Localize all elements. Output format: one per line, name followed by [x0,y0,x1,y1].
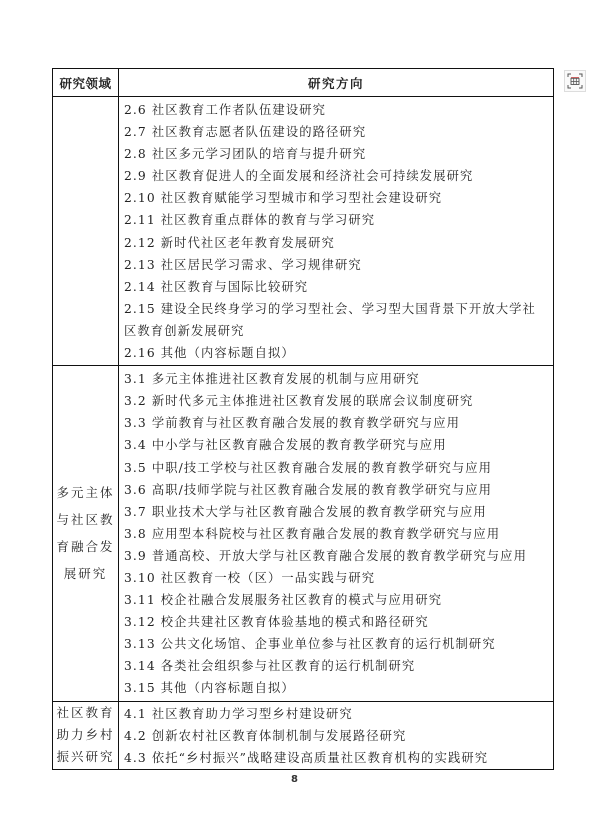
field-label-line: 与社区教 [56,506,114,533]
table-header-row: 研究领域 研究方向 [53,69,553,96]
table-tool-button[interactable] [564,70,586,92]
topic-item: 2.8 社区多元学习团队的培育与提升研究 [124,143,553,165]
topic-item: 2.15 建设全民终身学习的学习型社会、学习型大国背景下开放大学社区教育创新发展… [124,298,549,342]
topic-item: 3.13 公共文化场馆、企事业单位参与社区教育的运行机制研究 [124,633,553,655]
topic-item: 3.8 应用型本科院校与社区教育融合发展的教育教学研究与应用 [124,523,553,545]
field-cell-section-3: 多元主体 与社区教 育融合发 展研究 [53,366,119,700]
topic-item: 2.10 社区教育赋能学习型城市和学习型社会建设研究 [124,187,553,209]
topic-item: 3.7 职业技术大学与社区教育融合发展的教育教学研究与应用 [124,501,553,523]
table-row-section-4: 社区教育 助力乡村 振兴研究 4.1 社区教育助力学习型乡村建设研究 4.2 创… [53,701,553,769]
research-topics-table: 研究领域 研究方向 2.6 社区教育工作者队伍建设研究 2.7 社区教育志愿者队… [52,68,554,770]
field-label-line: 多元主体 [56,479,114,506]
topic-item: 2.16 其他（内容标题自拟） [124,342,553,364]
topic-item: 2.9 社区教育促进人的全面发展和经济社会可持续发展研究 [124,165,553,187]
topic-item: 4.2 创新农村社区教育体制机制与发展路径研究 [124,725,553,747]
field-label-line: 助力乡村 [56,724,114,746]
field-label-line: 社区教育 [56,702,114,724]
topic-item: 3.6 高职/技师学院与社区教育融合发展的教育教学研究与应用 [124,479,553,501]
field-cell-section-4: 社区教育 助力乡村 振兴研究 [53,702,119,769]
table-row-section-3: 多元主体 与社区教 育融合发 展研究 3.1 多元主体推进社区教育发展的机制与应… [53,365,553,700]
field-label-line: 展研究 [64,560,108,587]
table-icon [567,73,583,89]
topic-item: 3.1 多元主体推进社区教育发展的机制与应用研究 [124,368,553,390]
direction-cell-section-3: 3.1 多元主体推进社区教育发展的机制与应用研究 3.2 新时代多元主体推进社区… [119,366,553,700]
topic-item: 4.3 依托“乡村振兴”战略建设高质量社区教育机构的实践研究 [124,747,553,769]
topic-item: 3.15 其他（内容标题自拟） [124,677,553,699]
table-row-section-2: 2.6 社区教育工作者队伍建设研究 2.7 社区教育志愿者队伍建设的路径研究 2… [53,96,553,365]
topic-item: 4.1 社区教育助力学习型乡村建设研究 [124,703,553,725]
topic-item: 3.14 各类社会组织参与社区教育的运行机制研究 [124,655,553,677]
topic-item: 3.11 校企社融合发展服务社区教育的模式与应用研究 [124,589,553,611]
topic-item: 3.3 学前教育与社区教育融合发展的教育教学研究与应用 [124,412,553,434]
topic-item: 3.9 普通高校、开放大学与社区教育融合发展的教育教学研究与应用 [124,545,553,567]
direction-cell-section-2: 2.6 社区教育工作者队伍建设研究 2.7 社区教育志愿者队伍建设的路径研究 2… [119,97,553,365]
field-cell-section-2 [53,97,119,365]
topic-item: 3.12 校企共建社区教育体验基地的模式和路径研究 [124,611,553,633]
topic-item: 3.2 新时代多元主体推进社区教育发展的联席会议制度研究 [124,390,553,412]
topic-item: 2.13 社区居民学习需求、学习规律研究 [124,254,553,276]
topic-item: 2.6 社区教育工作者队伍建设研究 [124,99,553,121]
topic-item: 2.11 社区教育重点群体的教育与学习研究 [124,209,553,231]
topic-item: 3.10 社区教育一校（区）一品实践与研究 [124,567,553,589]
topic-item: 3.4 中小学与社区教育融合发展的教育教学研究与应用 [124,434,553,456]
topic-item: 3.5 中职/技工学校与社区教育融合发展的教育教学研究与应用 [124,457,553,479]
field-label-line: 育融合发 [56,533,114,560]
header-research-direction: 研究方向 [119,69,553,96]
topic-item: 2.14 社区教育与国际比较研究 [124,276,553,298]
topic-item: 2.12 新时代社区老年教育发展研究 [124,232,553,254]
header-research-field: 研究领域 [53,69,119,96]
direction-cell-section-4: 4.1 社区教育助力学习型乡村建设研究 4.2 创新农村社区教育体制机制与发展路… [119,702,553,769]
field-label-line: 振兴研究 [56,746,114,768]
page-number: 8 [291,774,298,785]
topic-item: 2.7 社区教育志愿者队伍建设的路径研究 [124,121,553,143]
